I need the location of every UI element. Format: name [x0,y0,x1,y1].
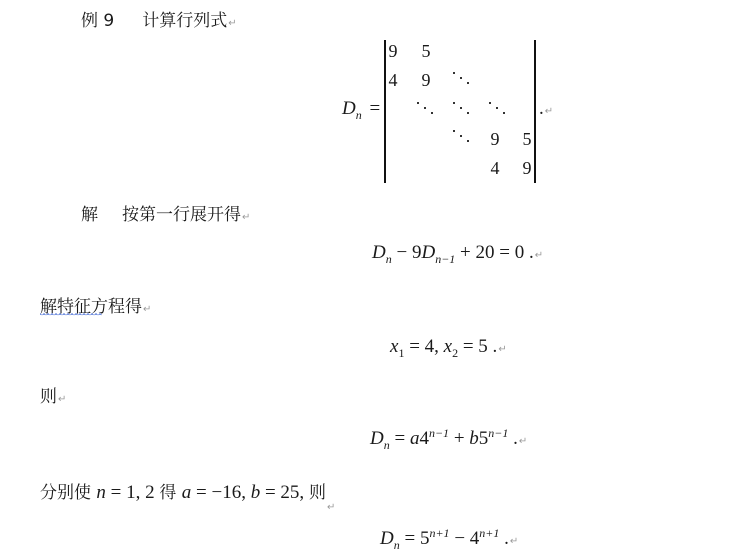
determinant-lhs: Dn = [342,98,380,120]
solution-label: 解 [81,205,98,225]
paragraph-mark-icon: ↵ [535,250,543,261]
paragraph-mark-icon: ↵ [545,106,553,117]
determinant-period: .↵ [539,98,553,120]
diagonal-dots-icon [416,100,434,116]
det-cell: 4 [383,70,403,91]
substitution-line: 分别使 n = 1, 2 得 a = −16, b = 25, 则↵ [40,478,335,504]
recurrence-equation: Dn − 9Dn−1 + 20 = 0 .↵ [372,242,543,264]
det-cell: 9 [517,158,537,179]
final-result-equation: Dn = 5n+1 − 4n+1 .↵ [380,528,518,550]
example-label: 例 9 [81,11,114,31]
paragraph-mark-icon: ↵ [242,212,250,223]
paragraph-mark-icon: ↵ [510,536,518,547]
example-heading: 例 9计算行列式↵ [81,6,237,31]
solution-line: 解按第一行展开得↵ [81,200,250,225]
diagonal-dots-icon [452,100,470,116]
then-line: 则↵ [40,382,66,407]
solution-text: 按第一行展开得 [122,205,241,225]
det-cell: 5 [517,129,537,150]
example-title: 计算行列式 [142,11,227,31]
paragraph-mark-icon: ↵ [143,304,151,315]
det-cell: 9 [416,70,436,91]
paragraph-mark-icon: ↵ [498,344,506,355]
det-cell: 9 [485,129,505,150]
paragraph-mark-icon: ↵ [327,502,335,513]
paragraph-mark-icon: ↵ [228,18,236,29]
spellcheck-underline [40,313,102,316]
general-solution-equation: Dn = a4n−1 + b5n−1 .↵ [370,428,527,450]
det-cell: 9 [383,41,403,62]
det-cell: 4 [485,158,505,179]
paragraph-mark-icon: ↵ [519,436,527,447]
det-cell: 5 [416,41,436,62]
diagonal-dots-icon [452,70,470,86]
diagonal-dots-icon [452,128,470,144]
roots-equation: x1 = 4, x2 = 5 .↵ [390,336,507,358]
diagonal-dots-icon [488,100,506,116]
paragraph-mark-icon: ↵ [58,394,66,405]
